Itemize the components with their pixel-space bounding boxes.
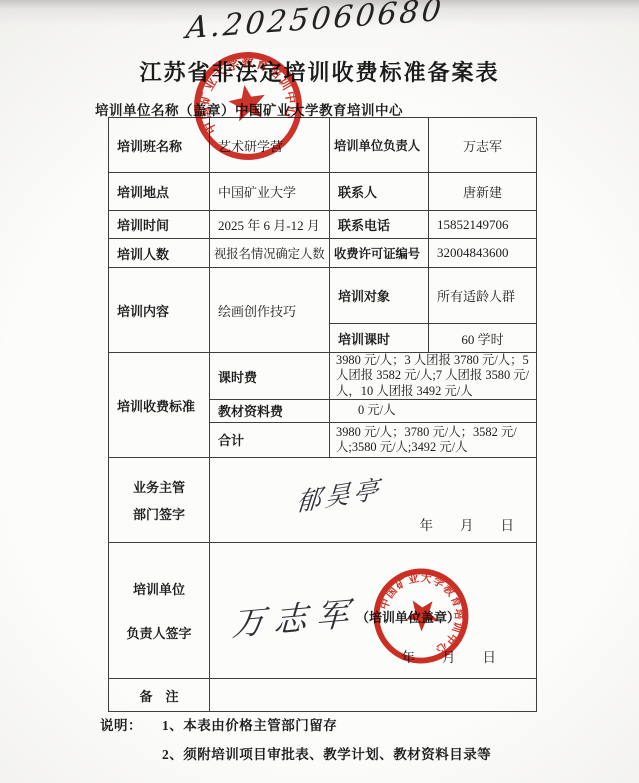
footnote-item: 1、本表由价格主管部门留存 xyxy=(162,714,491,734)
label-line: 培训单位 xyxy=(133,579,185,598)
field-value: 60 学时 xyxy=(429,324,536,352)
field-value: 所有适龄人群 xyxy=(429,268,536,323)
field-label: 培训人数 xyxy=(109,239,210,267)
star-icon xyxy=(226,82,268,123)
page-title: 江苏省非法定培训收费标准备案表 xyxy=(0,56,639,87)
field-value: 3980 元/人；3780 元/人；3582 元/人;3580 元/人;3492… xyxy=(330,423,536,457)
field-label: 培训时间 xyxy=(109,211,210,238)
field-label: 合计 xyxy=(210,423,330,457)
field-label: 联系电话 xyxy=(330,211,429,238)
field-label: 培训课时 xyxy=(330,324,429,352)
field-value: 15852149706 xyxy=(429,211,536,238)
footnotes: 说明： 1、本表由价格主管部门留存 2、须附培训项目审批表、教学计划、教材资料目… xyxy=(100,714,491,763)
sub-rows: 培训对象 所有适龄人群 培训课时 60 学时 xyxy=(330,268,536,352)
field-label: 联系人 xyxy=(330,173,429,210)
fee-rows: 课时费 3980 元/人；3 人团报 3780 元/人；5 人团报 3582 元… xyxy=(210,353,536,457)
field-label: 培训收费标准 xyxy=(109,353,210,457)
table-row: 课时费 3980 元/人；3 人团报 3780 元/人；5 人团报 3582 元… xyxy=(210,353,536,400)
table-row: 培训对象 所有适龄人群 xyxy=(330,268,536,324)
table-row: 培训地点 中国矿业大学 联系人 唐新建 xyxy=(109,173,536,211)
table-row-remark: 备 注 xyxy=(109,679,536,711)
star-icon xyxy=(401,591,445,635)
field-value: 唐新建 xyxy=(429,173,536,210)
table-row-unit-head-signature: 培训单位 负责人签字 万志军 （培训单位盖章） 中国矿业大学教育培训中心 年 月… xyxy=(109,543,536,679)
signature-area: 万志军 （培训单位盖章） 中国矿业大学教育培训中心 年 月 日 xyxy=(210,543,536,678)
filing-form-document: A.2025060680 江苏省非法定培训收费标准备案表 培训单位名称（盖章）中… xyxy=(0,0,639,783)
footnotes-items: 1、本表由价格主管部门留存 2、须附培训项目审批表、教学计划、教材资料目录等 xyxy=(162,714,491,763)
field-label: 收费许可证编号 xyxy=(330,239,429,267)
table-row: 培训课时 60 学时 xyxy=(330,324,536,352)
filing-table: 培训班名称 艺术研学营 培训单位负责人 万志军 培训地点 中国矿业大学 联系人 … xyxy=(108,117,537,712)
field-label: 培训内容 xyxy=(109,268,210,352)
field-label: 培训单位负责人 xyxy=(330,118,429,172)
field-value: 中国矿业大学 xyxy=(210,173,330,210)
field-label: 课时费 xyxy=(210,353,330,399)
field-label: 业务主管 部门签字 xyxy=(109,458,210,542)
handwritten-signature: 万志军 xyxy=(231,587,359,645)
footnote-item: 2、须附培训项目审批表、教学计划、教材资料目录等 xyxy=(162,743,491,763)
field-value: 万志军 xyxy=(429,118,536,172)
field-label: 备 注 xyxy=(109,679,210,711)
handwritten-ref-number: A.2025060680 xyxy=(184,0,445,46)
table-row: 培训人数 视报名情况确定人数 收费许可证编号 32004843600 xyxy=(109,239,536,268)
label-line: 负责人签字 xyxy=(126,623,191,642)
table-row-training-content: 培训内容 绘画创作技巧 培训对象 所有适龄人群 培训课时 60 学时 xyxy=(109,268,536,353)
red-seal-icon-top: 中国矿业大学教育培训中心 xyxy=(183,41,313,171)
field-value: 2025 年 6 月-12 月 xyxy=(210,211,330,238)
field-value: 绘画创作技巧 xyxy=(210,268,330,352)
label-line: 业务主管 xyxy=(133,477,185,496)
field-label: 培训地点 xyxy=(109,173,210,210)
field-value: 3980 元/人；3 人团报 3780 元/人；5 人团报 3582 元/人;7… xyxy=(330,353,536,399)
field-value xyxy=(210,679,536,711)
table-row: 培训班名称 艺术研学营 培训单位负责人 万志军 xyxy=(109,118,536,173)
field-label: 培训单位 负责人签字 xyxy=(109,543,210,678)
table-row-supervisor-signature: 业务主管 部门签字 郁昊亭 年 月 日 xyxy=(109,458,536,543)
table-row-fee-standard: 培训收费标准 课时费 3980 元/人；3 人团报 3780 元/人；5 人团报… xyxy=(109,353,536,458)
table-row: 教材资料费 0 元/人 xyxy=(210,400,536,423)
field-value: 32004843600 xyxy=(429,239,536,267)
table-row: 合计 3980 元/人；3780 元/人；3582 元/人;3580 元/人;3… xyxy=(210,423,536,457)
field-label: 教材资料费 xyxy=(210,400,330,422)
table-row: 培训时间 2025 年 6 月-12 月 联系电话 15852149706 xyxy=(109,211,536,239)
field-value: 0 元/人 xyxy=(330,400,536,422)
field-label: 培训对象 xyxy=(330,268,429,323)
signature-area: 郁昊亭 年 月 日 xyxy=(210,458,536,542)
handwritten-signature: 郁昊亭 xyxy=(295,469,384,520)
label-line: 部门签字 xyxy=(133,504,185,523)
field-value: 视报名情况确定人数 xyxy=(210,239,330,267)
date-placeholder: 年 月 日 xyxy=(420,514,515,534)
footnotes-label: 说明： xyxy=(100,714,142,763)
